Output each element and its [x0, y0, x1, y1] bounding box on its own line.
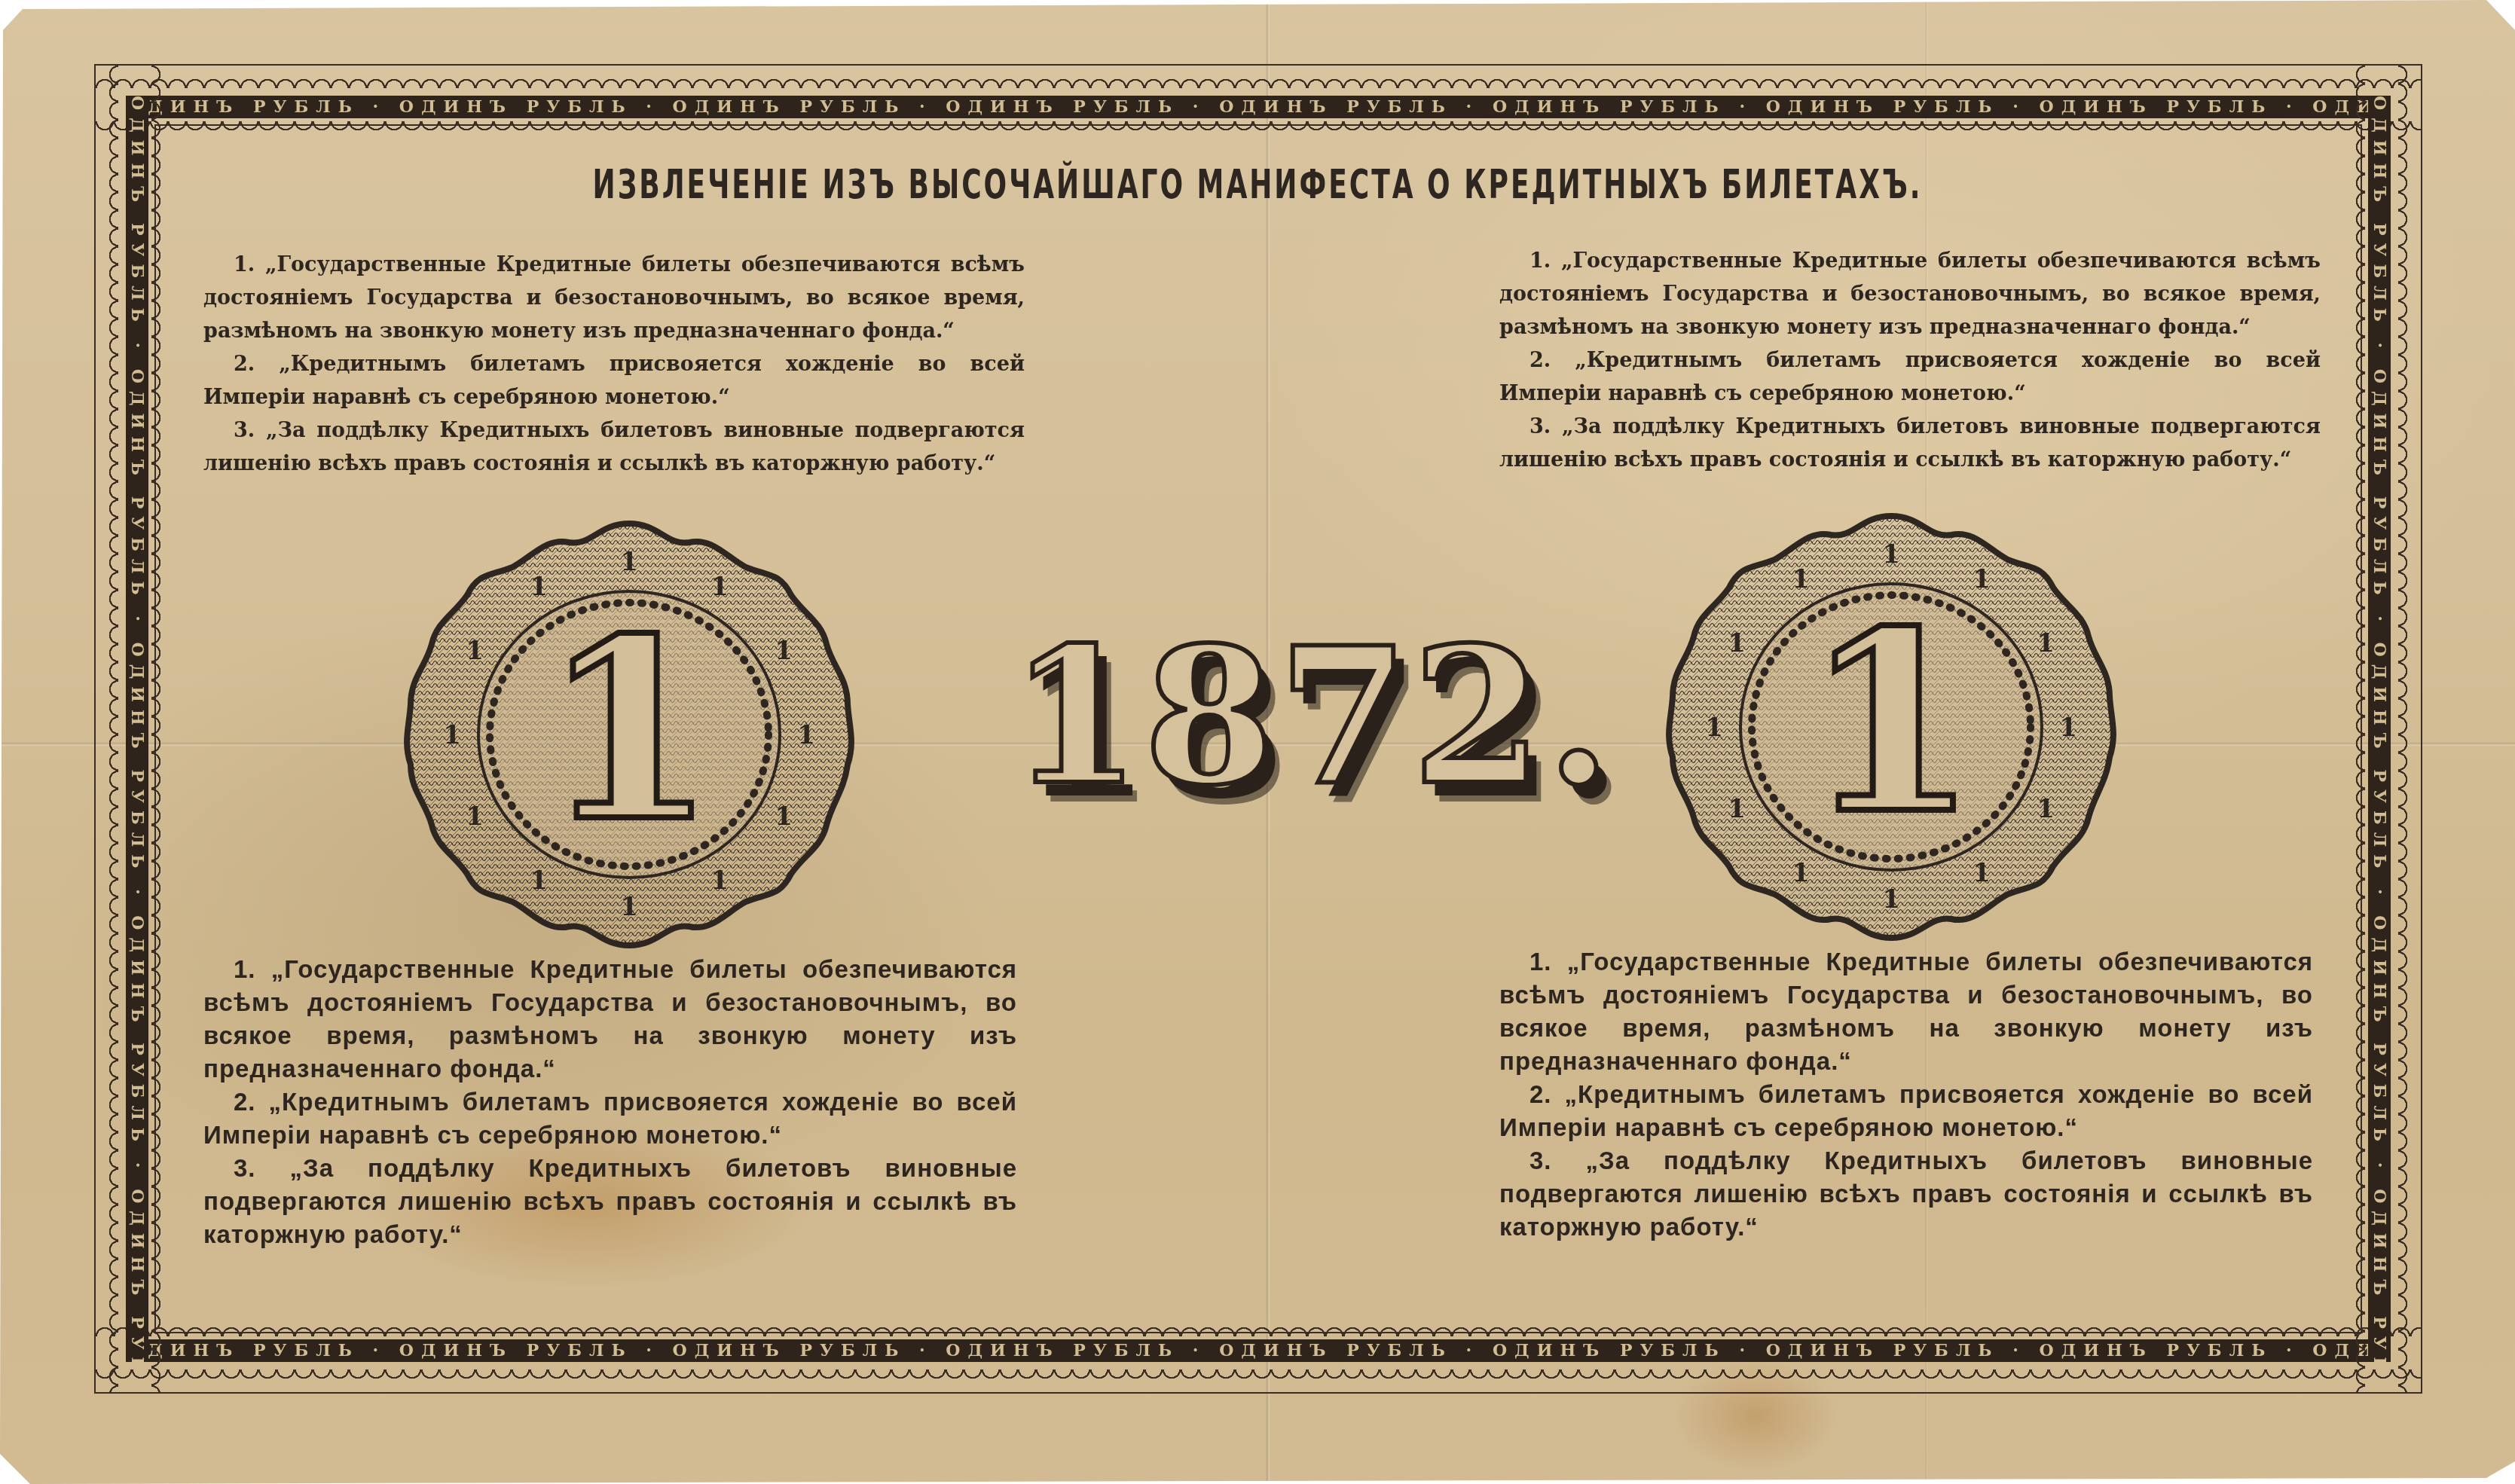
manifest-clause-2: 2. „Кредитнымъ билетамъ присвояется хожд…: [1499, 344, 2321, 411]
svg-text:1: 1: [620, 547, 638, 577]
manifest-clause-1: 1. „Государственные Кредитные билеты обе…: [1499, 245, 2321, 344]
manifest-clause-2: 2. „Кредитнымъ билетамъ присвояется хожд…: [203, 1086, 1017, 1152]
svg-text:1: 1: [797, 720, 815, 750]
issue-year: 1872.: [1010, 618, 1615, 814]
svg-text:1: 1: [1882, 539, 1900, 569]
microtext-band-left: ОДИНЪ РУБЛЬ · ОДИНЪ РУБЛЬ · ОДИНЪ РУБЛЬ …: [126, 96, 148, 1362]
svg-text:1: 1: [466, 636, 484, 666]
manifest-clause-3: 3. „За поддѣлку Кредитныхъ билетовъ вино…: [203, 1152, 1017, 1251]
manifest-clause-3: 3. „За поддѣлку Кредитныхъ билетовъ вино…: [1499, 411, 2321, 477]
denomination-rosette-left: 111 111 111 111 1: [373, 520, 885, 949]
manifest-heading: ИЗВЛЕЧЕНІЕ ИЗЪ ВЫСОЧАЙШАГО МАНИФЕСТА О К…: [0, 161, 2515, 208]
svg-text:1: 1: [1882, 884, 1900, 915]
manifest-extract-bottom-left: 1. „Государственные Кредитные билеты обе…: [203, 953, 1017, 1251]
scallop-border-top-outer: [96, 69, 2421, 88]
svg-text:1: 1: [620, 892, 638, 922]
svg-text:1: 1: [1805, 576, 1978, 869]
manifest-clause-1: 1. „Государственные Кредитные билеты обе…: [1499, 945, 2313, 1078]
manifest-extract-top-right: 1. „Государственные Кредитные билеты обе…: [1499, 245, 2321, 477]
manifest-clause-1: 1. „Государственные Кредитные билеты обе…: [203, 953, 1017, 1086]
denomination-rosette-right: 111 111 111 111 1: [1635, 512, 2147, 942]
svg-text:1: 1: [775, 636, 793, 666]
scallop-border-left-outer: [99, 66, 118, 1392]
svg-text:1: 1: [2037, 628, 2055, 658]
manifest-extract-bottom-right: 1. „Государственные Кредитные билеты обе…: [1499, 945, 2313, 1244]
rosette-numeral-one-icon: 111 111 111 111 1: [1635, 512, 2147, 942]
microtext-band-bottom: ОДИНЪ РУБЛЬ · ОДИНЪ РУБЛЬ · ОДИНЪ РУБЛЬ …: [126, 1339, 2391, 1362]
svg-text:1: 1: [2037, 794, 2055, 824]
svg-text:1: 1: [1705, 713, 1723, 743]
banknote-reverse: ОДИНЪ РУБЛЬ · ОДИНЪ РУБЛЬ · ОДИНЪ РУБЛЬ …: [0, 0, 2515, 1484]
svg-text:1: 1: [1728, 794, 1746, 824]
svg-text:1: 1: [466, 802, 484, 832]
scallop-border-bottom-outer: [96, 1369, 2421, 1389]
microtext-band-right: ОДИНЪ РУБЛЬ · ОДИНЪ РУБЛЬ · ОДИНЪ РУБЛЬ …: [2368, 96, 2391, 1362]
svg-text:1: 1: [1728, 628, 1746, 658]
svg-text:1: 1: [775, 802, 793, 832]
manifest-extract-top-left: 1. „Государственные Кредитные билеты обе…: [203, 249, 1025, 481]
rosette-numeral-one-icon: 111 111 111 111 1: [373, 520, 885, 949]
manifest-clause-2: 2. „Кредитнымъ билетамъ присвояется хожд…: [1499, 1078, 2313, 1144]
scallop-border-right-outer: [2398, 66, 2418, 1392]
manifest-clause-1: 1. „Государственные Кредитные билеты обе…: [203, 249, 1025, 348]
svg-text:1: 1: [542, 584, 716, 876]
microtext-band-top: ОДИНЪ РУБЛЬ · ОДИНЪ РУБЛЬ · ОДИНЪ РУБЛЬ …: [126, 96, 2391, 118]
manifest-clause-3: 3. „За поддѣлку Кредитныхъ билетовъ вино…: [203, 414, 1025, 481]
manifest-clause-2: 2. „Кредитнымъ билетамъ присвояется хожд…: [203, 348, 1025, 414]
manifest-clause-3: 3. „За поддѣлку Кредитныхъ билетовъ вино…: [1499, 1144, 2313, 1244]
svg-text:1: 1: [2059, 713, 2077, 743]
svg-text:1: 1: [443, 720, 461, 750]
